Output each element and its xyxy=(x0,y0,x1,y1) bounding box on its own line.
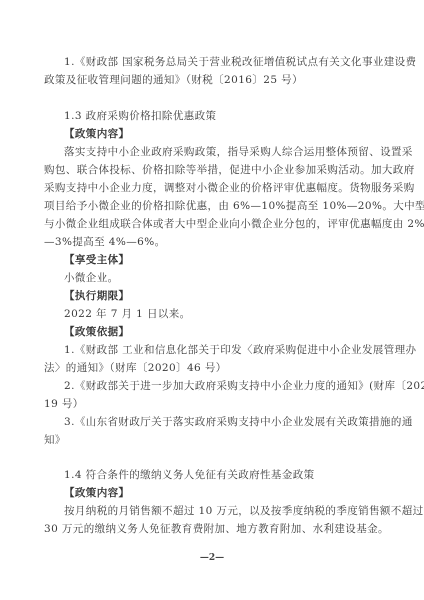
period-label: 【执行期限】 xyxy=(64,289,129,303)
section-title-1-4: 1.4 符合条件的缴纳义务人免征有关政府性基金政策 xyxy=(64,468,315,482)
section-title-1-3: 1.3 政府采购价格扣除优惠政策 xyxy=(64,109,216,123)
paragraph-line: 落实支持中小企业政府采购政策，指导采购人综合运用整体预留、设置采 xyxy=(64,145,384,159)
basis-item-1: 1.《财政部 工业和信息化部关于印发〈政府采购促进中小企业发展管理办 xyxy=(64,343,384,357)
paragraph-line: 项目给予小微企业的价格扣除优惠，由 6%—10%提高至 10%—20%。大中型企… xyxy=(44,199,384,213)
basis-item-3: 3.《山东省财政厅关于落实政府采购支持中小企业发展有关政策措施的通 xyxy=(64,415,384,429)
basis-label: 【政策依据】 xyxy=(64,325,129,339)
paragraph-line: 30 万元的缴纳义务人免征教育费附加、地方教育附加、水利建设基金。 xyxy=(44,522,389,536)
basis-item-3-cont: 知》 xyxy=(44,433,66,447)
reference-line: 1.《财政部 国家税务总局关于营业税改征增值税试点有关文化事业建设费 xyxy=(64,55,384,69)
page-number: —2— xyxy=(0,553,424,563)
beneficiary-label: 【享受主体】 xyxy=(64,253,129,267)
basis-item-1-cont: 法〉的通知》（财库〔2020〕46 号） xyxy=(44,361,227,375)
paragraph-line: 与小微企业组成联合体或者大中型企业向小微企业分包的，评审优惠幅度由 2% xyxy=(44,217,384,231)
paragraph-line: 购包、联合体投标、价格扣除等举措，促进中小企业参加采购活动。加大政府 xyxy=(44,163,384,177)
paragraph-line: 采购支持中小企业力度，调整对小微企业的价格评审优惠幅度。货物服务采购 xyxy=(44,181,384,195)
basis-item-2: 2.《财政部关于进一步加大政府采购支持中小企业力度的通知》(财库〔2022〕 xyxy=(64,379,384,393)
paragraph-line: 按月纳税的月销售额不超过 10 万元，以及按季度纳税的季度销售额不超过 xyxy=(64,504,384,518)
paragraph-line: —3%提高至 4%—6%。 xyxy=(44,235,166,249)
reference-line: 政策及征收管理问题的通知》（财税〔2016〕25 号） xyxy=(44,73,303,87)
policy-content-label: 【政策内容】 xyxy=(64,486,129,500)
beneficiary-text: 小微企业。 xyxy=(64,271,119,285)
policy-content-label: 【政策内容】 xyxy=(64,127,129,141)
period-text: 2022 年 7 月 1 日以来。 xyxy=(64,307,191,321)
basis-item-2-cont: 19 号） xyxy=(44,397,84,411)
